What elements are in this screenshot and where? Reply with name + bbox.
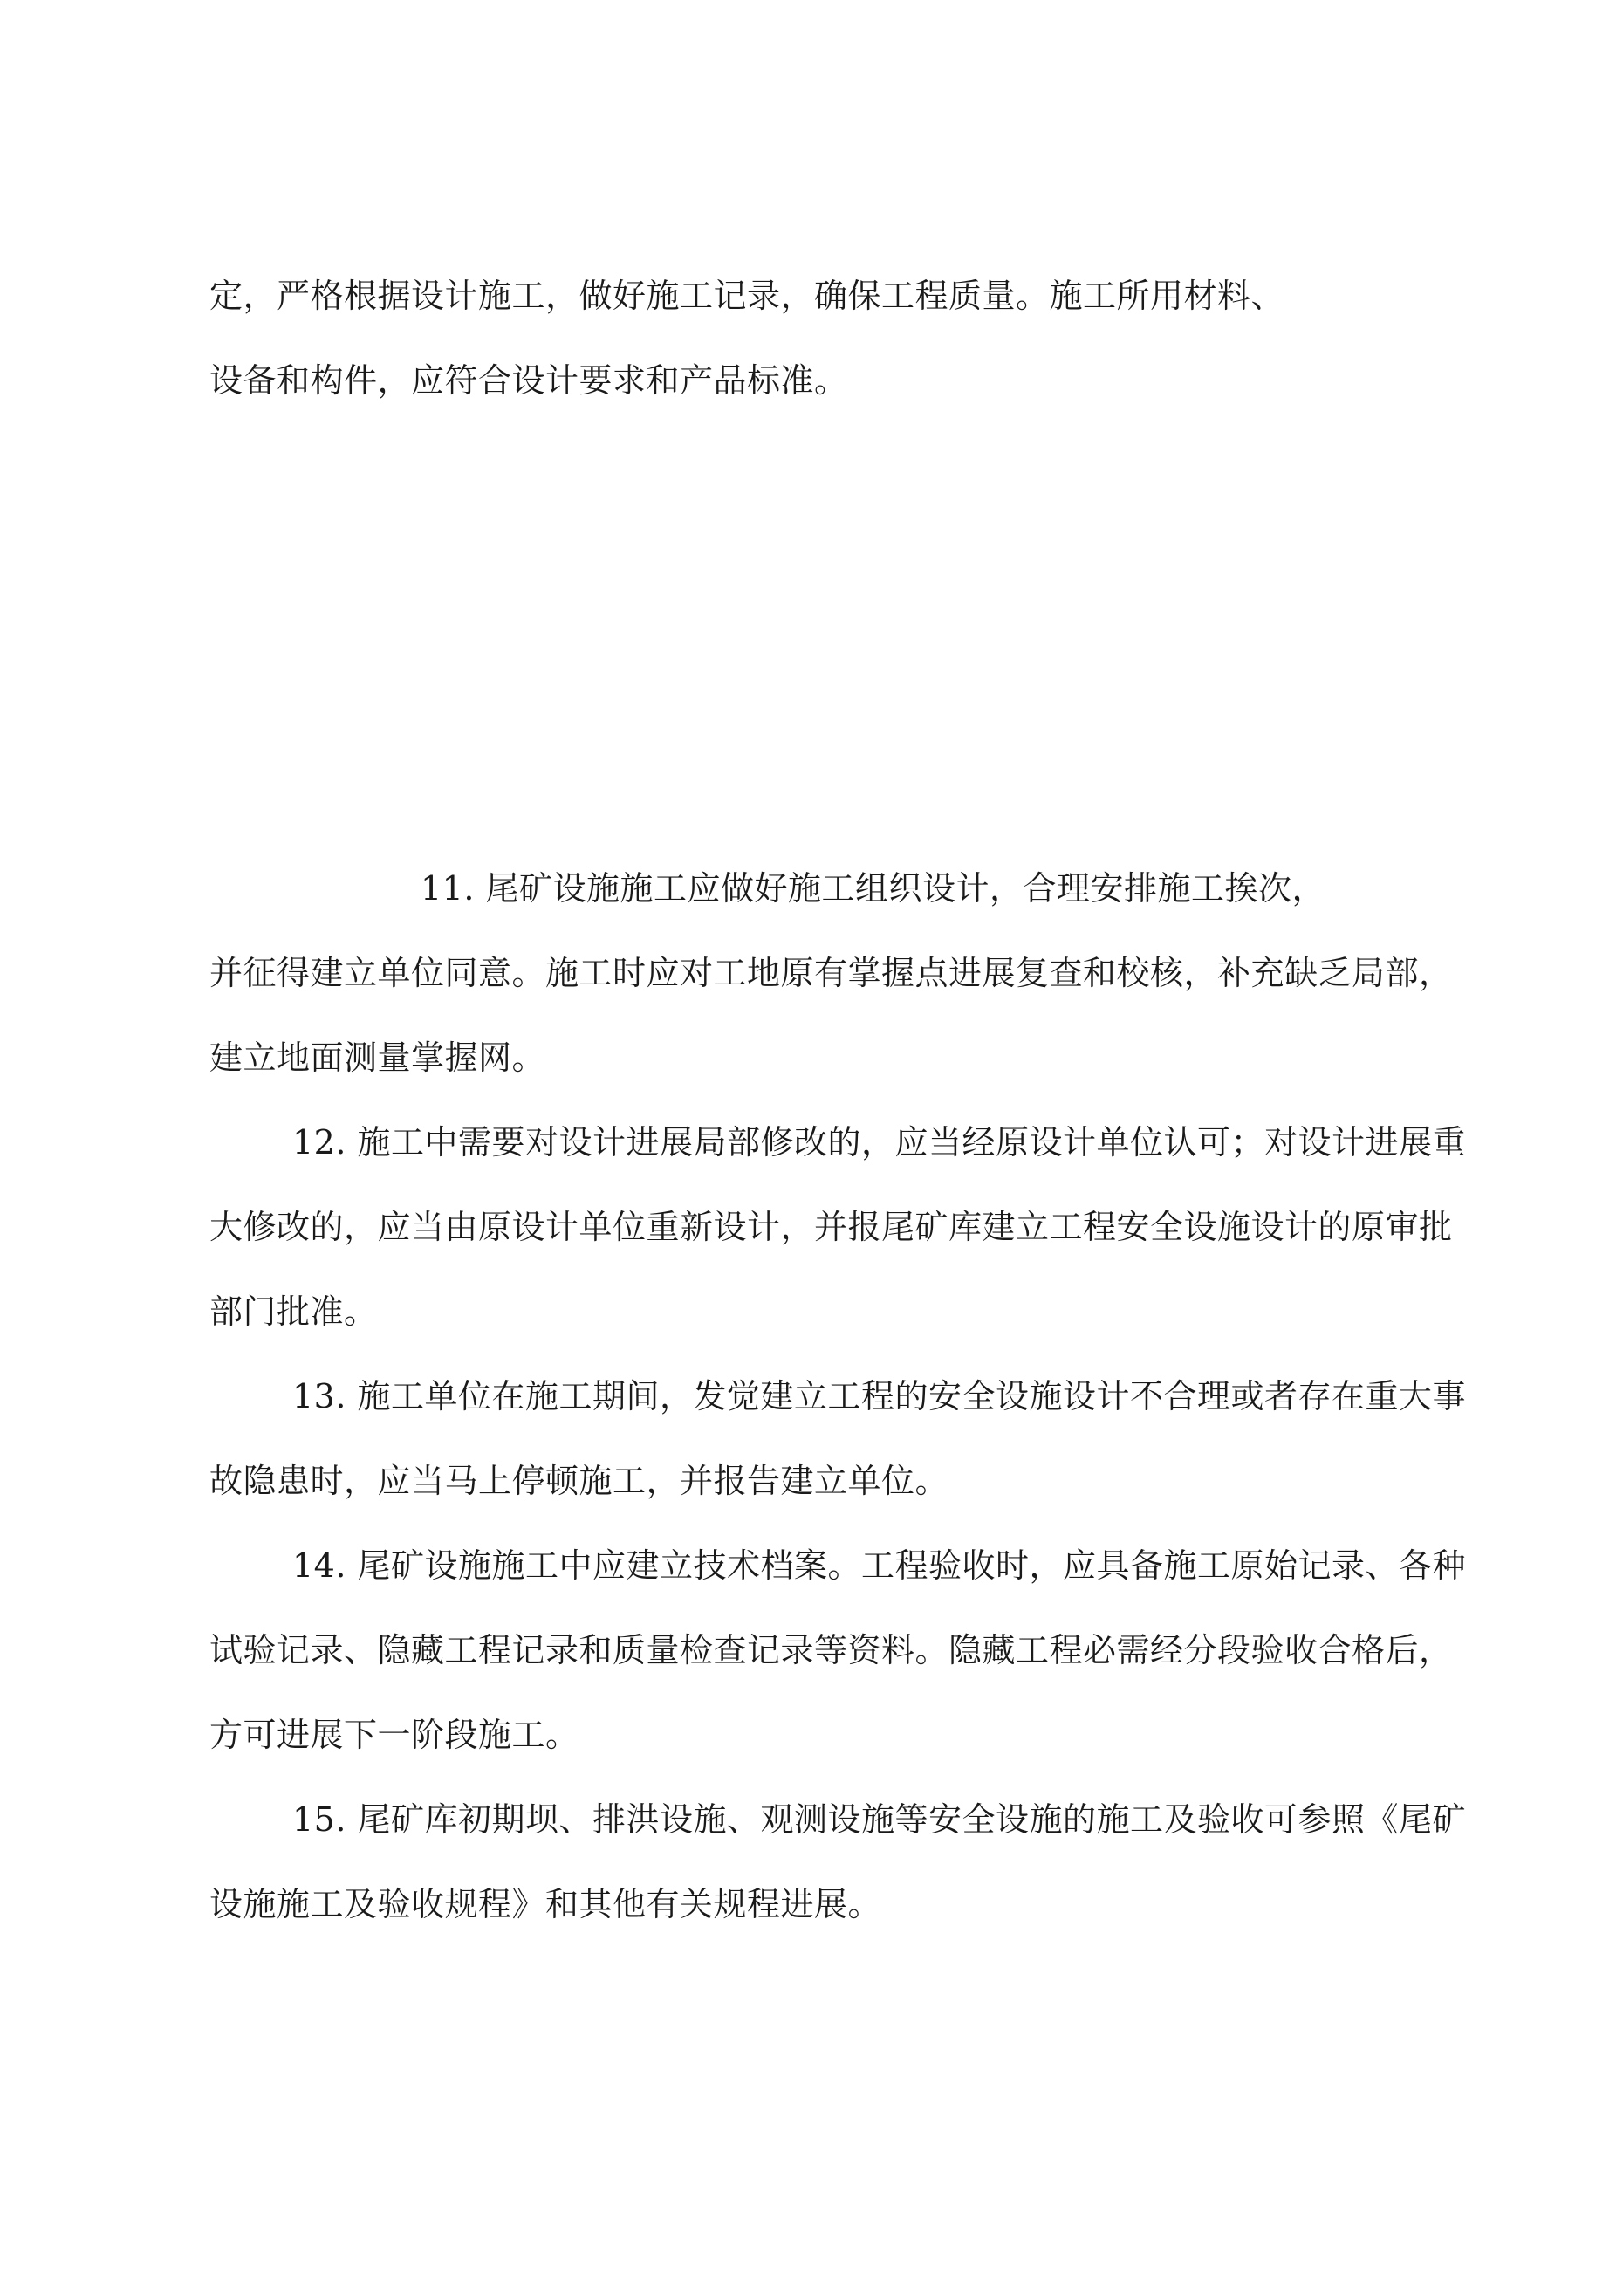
text-line: 并征得建立单位同意。施工时应对工地原有掌握点进展复查和校核，补充缺乏局部， [209, 931, 1431, 1016]
blank-line [209, 423, 1431, 508]
blank-line [209, 593, 1431, 677]
text-line: 建立地面测量掌握网。 [209, 1016, 1431, 1100]
text-line: 定，严格根据设计施工，做好施工记录，确保工程质量。施工所用材料、 [209, 254, 1431, 339]
text-line: 11. 尾矿设施施工应做好施工组织设计，合理安排施工挨次， [209, 846, 1431, 931]
text-line: 故隐患时，应当马上停顿施工，并报告建立单位。 [209, 1439, 1431, 1524]
text-line: 12. 施工中需要对设计进展局部修改的，应当经原设计单位认可；对设计进展重 [209, 1100, 1431, 1185]
text-line: 设备和构件，应符合设计要求和产品标准。 [209, 339, 1431, 423]
text-line: 15. 尾矿库初期坝、排洪设施、观测设施等安全设施的施工及验收可参照《尾矿 [209, 1778, 1431, 1862]
blank-line [209, 762, 1431, 846]
text-line: 13. 施工单位在施工期间，发觉建立工程的安全设施设计不合理或者存在重大事 [209, 1354, 1431, 1439]
blank-line [209, 677, 1431, 762]
text-line: 大修改的，应当由原设计单位重新设计，并报尾矿库建立工程安全设施设计的原审批 [209, 1185, 1431, 1270]
text-line: 部门批准。 [209, 1270, 1431, 1354]
document-page: 定，严格根据设计施工，做好施工记录，确保工程质量。施工所用材料、设备和构件，应符… [0, 0, 1623, 2296]
text-line: 试验记录、隐藏工程记录和质量检查记录等资料。隐藏工程必需经分段验收合格后， [209, 1608, 1431, 1693]
blank-line [209, 508, 1431, 593]
text-line: 方可进展下一阶段施工。 [209, 1693, 1431, 1778]
text-line: 设施施工及验收规程》和其他有关规程进展。 [209, 1862, 1431, 1947]
text-line: 14. 尾矿设施施工中应建立技术档案。工程验收时，应具备施工原始记录、各种 [209, 1524, 1431, 1608]
text-block: 定，严格根据设计施工，做好施工记录，确保工程质量。施工所用材料、设备和构件，应符… [209, 254, 1431, 1947]
